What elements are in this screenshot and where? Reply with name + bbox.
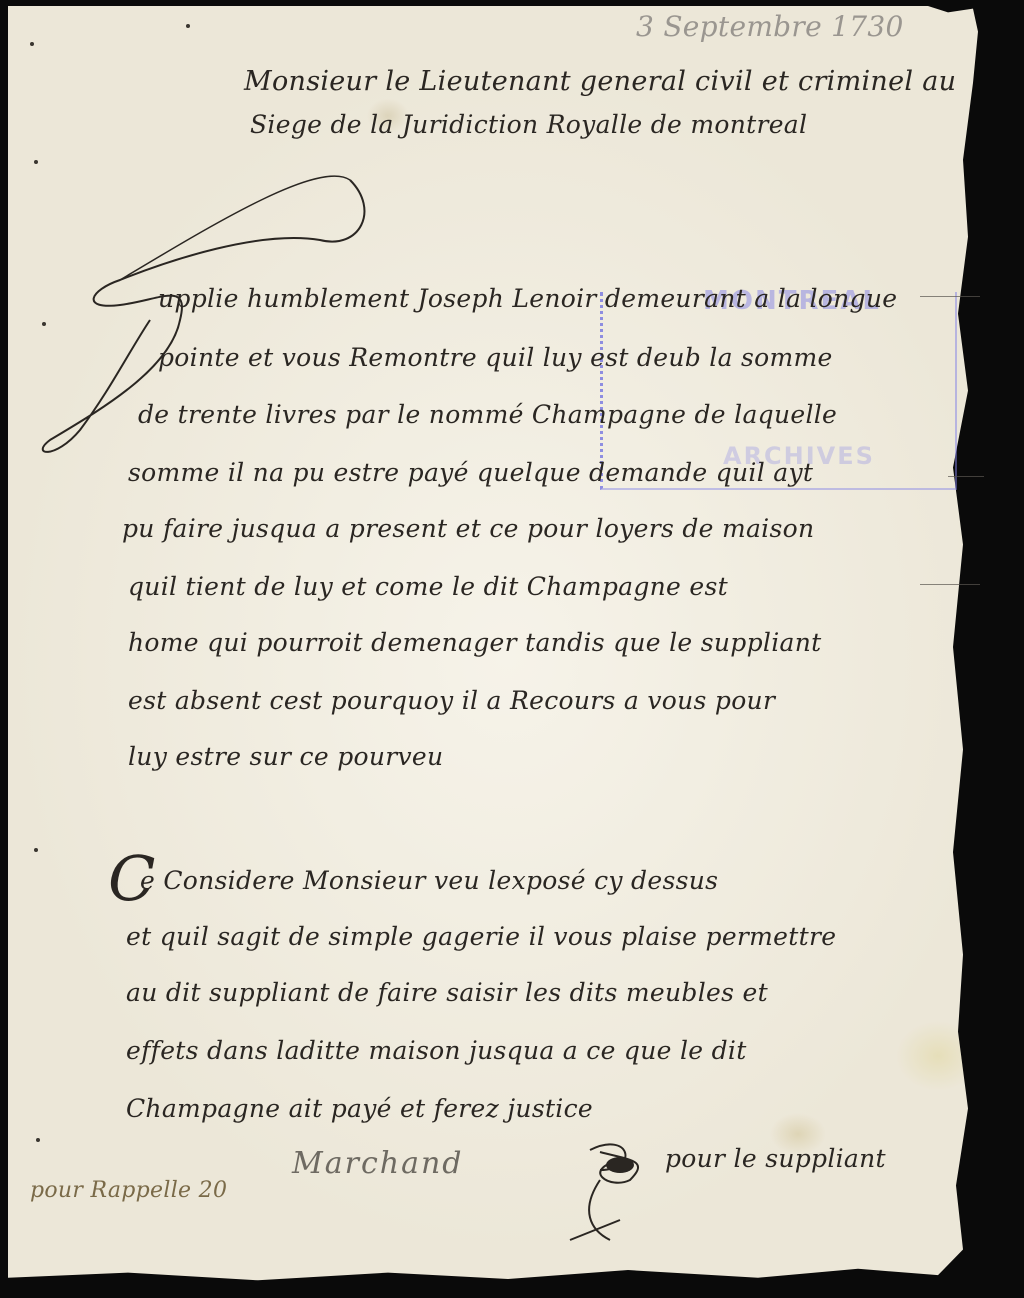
petition-line-2: pointe et vous Remontre quil luy est deu… <box>158 343 833 372</box>
address-line-2: Siege de la Juridiction Royalle de montr… <box>250 110 807 139</box>
petition-line-1: upplie humblement Joseph Lenoir demeuran… <box>158 284 897 313</box>
petition-line-6: quil tient de luy et come le dit Champag… <box>128 572 728 601</box>
conclusion-line-5: Champagne ait payé et ferez justice <box>126 1094 593 1123</box>
petition-line-9: luy estre sur ce pourveu <box>128 742 443 771</box>
ink-speck <box>36 1138 40 1142</box>
petition-line-5: pu faire jusqua a present et ce pour loy… <box>122 514 814 543</box>
conclusion-line-1: e Considere Monsieur veu lexposé cy dess… <box>140 866 718 895</box>
conclusion-line-4: effets dans laditte maison jusqua a ce q… <box>126 1036 747 1065</box>
address-line-1: Monsieur le Lieutenant general civil et … <box>244 66 956 97</box>
line-filler <box>920 584 980 585</box>
line-filler <box>948 476 984 477</box>
petition-line-8: est absent cest pourquoy il a Recours a … <box>128 686 775 715</box>
line-filler <box>920 296 980 297</box>
ink-speck <box>34 848 38 852</box>
petition-line-4: somme il na pu estre payé quelque demand… <box>128 458 813 487</box>
ink-speck <box>186 24 190 28</box>
conclusion-line-3: au dit suppliant de faire saisir les dit… <box>126 978 768 1007</box>
signature: Marchand <box>292 1146 463 1181</box>
decorative-initial-s <box>20 170 380 480</box>
margin-note: pour Rappelle 20 <box>30 1178 227 1203</box>
petition-line-3: de trente livres par le nommé Champagne … <box>138 400 837 429</box>
archive-date-note: 3 Septembre 1730 <box>636 10 904 43</box>
signature-note: pour le suppliant <box>665 1144 886 1173</box>
petition-line-7: home qui pourroit demenager tandis que l… <box>128 628 821 657</box>
ink-speck <box>42 322 46 326</box>
ink-speck <box>30 42 34 46</box>
conclusion-line-2: et quil sagit de simple gagerie il vous … <box>126 922 836 951</box>
ink-speck <box>34 160 38 164</box>
signature-flourish <box>560 1130 670 1260</box>
